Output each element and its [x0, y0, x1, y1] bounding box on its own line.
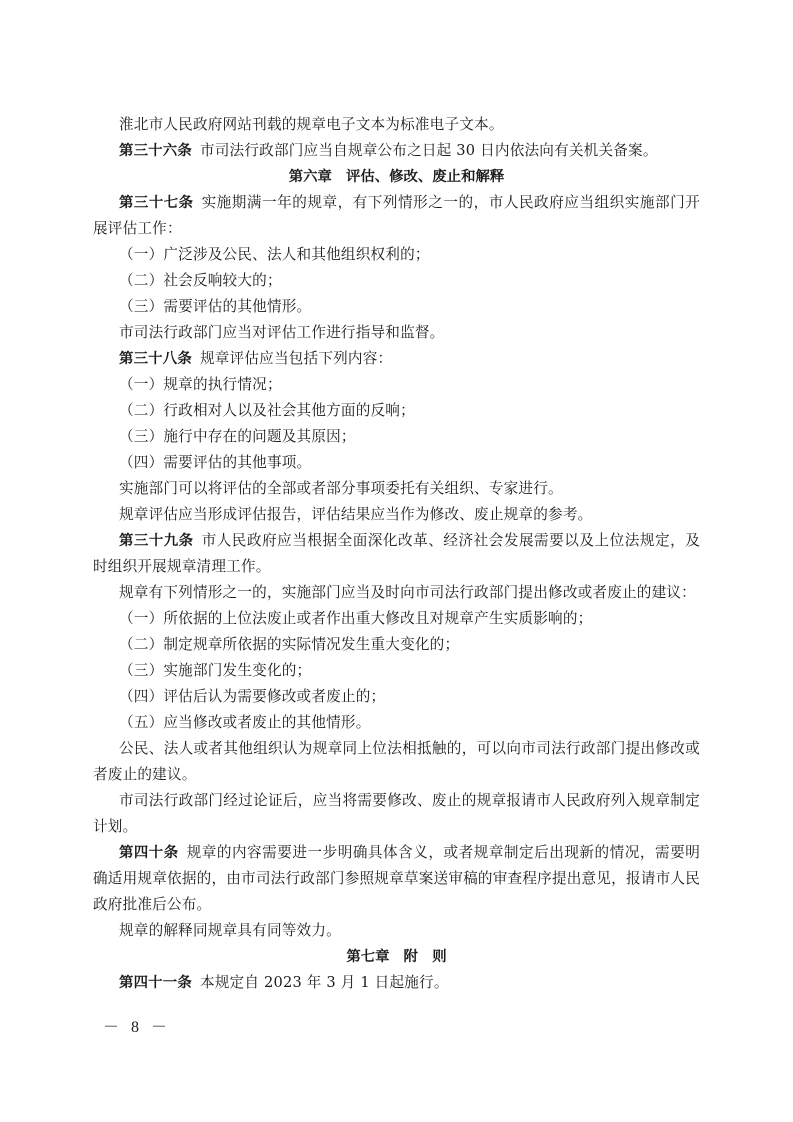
- article-39: 第三十九条市人民政府应当根据全面深化改革、经济社会发展需要以及上位法规定，及时组…: [93, 528, 700, 580]
- article-38: 第三十八条规章评估应当包括下列内容：: [93, 346, 700, 372]
- list-item: （三）需要评估的其他情形。: [93, 294, 700, 320]
- paragraph: 实施部门可以将评估的全部或者部分事项委托有关组织、专家进行。: [93, 476, 700, 502]
- list-item: （二）行政相对人以及社会其他方面的反响；: [93, 398, 700, 424]
- list-item: （一）规章的执行情况；: [93, 372, 700, 398]
- paragraph: 公民、法人或者其他组织认为规章同上位法相抵触的，可以向市司法行政部门提出修改或者…: [93, 736, 700, 788]
- article-number: 第三十九条: [119, 533, 194, 549]
- article-number: 第三十六条: [119, 143, 192, 159]
- document-page: 淮北市人民政府网站刊载的规章电子文本为标准电子文本。 第三十六条市司法行政部门应…: [93, 112, 700, 996]
- paragraph: 规章的解释同规章具有同等效力。: [93, 918, 700, 944]
- list-item: （二）社会反响较大的；: [93, 268, 700, 294]
- paragraph: 市司法行政部门经过论证后，应当将需要修改、废止的规章报请市人民政府列入规章制定计…: [93, 788, 700, 840]
- paragraph: 淮北市人民政府网站刊载的规章电子文本为标准电子文本。: [93, 112, 700, 138]
- article-number: 第三十八条: [119, 351, 192, 367]
- article-41: 第四十一条本规定自 2023 年 3 月 1 日起施行。: [93, 970, 700, 996]
- chapter-7-heading: 第七章附 则: [93, 944, 700, 970]
- article-37: 第三十七条实施期满一年的规章，有下列情形之一的，市人民政府应当组织实施部门开展评…: [93, 190, 700, 242]
- paragraph: 规章有下列情形之一的，实施部门应当及时向市司法行政部门提出修改或者废止的建议：: [93, 580, 700, 606]
- paragraph: 市司法行政部门应当对评估工作进行指导和监督。: [93, 320, 700, 346]
- list-item: （四）需要评估的其他事项。: [93, 450, 700, 476]
- list-item: （二）制定规章所依据的实际情况发生重大变化的；: [93, 632, 700, 658]
- page-number: － 8 －: [103, 1014, 171, 1037]
- list-item: （三）施行中存在的问题及其原因；: [93, 424, 700, 450]
- article-number: 第三十七条: [119, 195, 194, 211]
- list-item: （四）评估后认为需要修改或者废止的；: [93, 684, 700, 710]
- paragraph: 规章评估应当形成评估报告，评估结果应当作为修改、废止规章的参考。: [93, 502, 700, 528]
- article-40: 第四十条规章的内容需要进一步明确具体含义，或者规章制定后出现新的情况，需要明确适…: [93, 840, 700, 918]
- list-item: （三）实施部门发生变化的；: [93, 658, 700, 684]
- chapter-6-heading: 第六章评估、修改、废止和解释: [93, 164, 700, 190]
- list-item: （一）所依据的上位法废止或者作出重大修改且对规章产生实质影响的；: [93, 606, 700, 632]
- article-36: 第三十六条市司法行政部门应当自规章公布之日起 30 日内依法向有关机关备案。: [93, 138, 700, 164]
- article-number: 第四十一条: [119, 975, 192, 991]
- list-item: （一）广泛涉及公民、法人和其他组织权利的；: [93, 242, 700, 268]
- article-number: 第四十条: [119, 845, 179, 861]
- list-item: （五）应当修改或者废止的其他情形。: [93, 710, 700, 736]
